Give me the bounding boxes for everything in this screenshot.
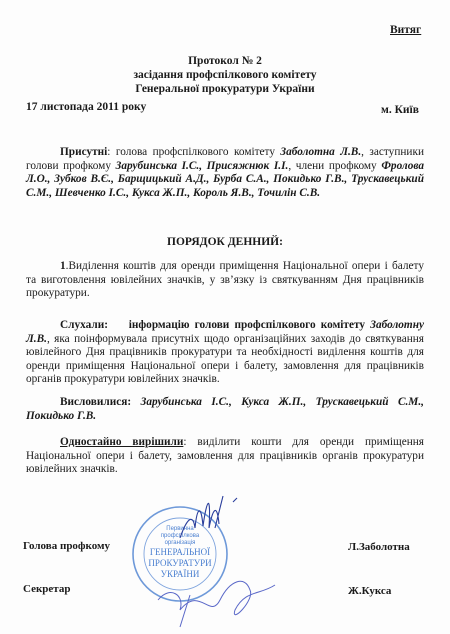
svg-text:ГЕНЕРАЛЬНОЇ: ГЕНЕРАЛЬНОЇ (150, 547, 210, 557)
extract-label: Витяг (390, 24, 421, 36)
attendees-label: Присутні (60, 146, 107, 158)
spoke-label: Висловилися (60, 396, 127, 408)
heard-paragraph: Слухали: інформацію голови профспілковог… (26, 319, 424, 387)
heard-label: Слухали (60, 319, 104, 331)
chair-signature-icon (175, 488, 245, 548)
attendees-paragraph: Присутні: голова профспілкового комітету… (26, 146, 424, 200)
meeting-city: м. Київ (381, 104, 419, 116)
chair-name: Заболотна Л.В. (280, 146, 361, 158)
agenda-item: 1.Виділення коштів для оренди приміщення… (26, 260, 424, 301)
decision-label: Одностайно вирішили (60, 436, 183, 448)
secretary-signature-icon (150, 565, 280, 630)
title-line-1: Протокол № 2 (0, 54, 450, 69)
decision-paragraph: Одностайно вирішили: виділити кошти для … (26, 436, 424, 477)
agenda-heading: ПОРЯДОК ДЕННИЙ: (0, 236, 450, 248)
deputies-names: Зарубинська І.С., Присяжнюк І.І. (116, 160, 289, 172)
chair-signature-name: Л.Заболотна (348, 541, 410, 553)
meeting-date: 17 листопада 2011 року (26, 101, 146, 113)
secretary-role: Секретар (23, 583, 70, 595)
title-line-3: Генеральної прокуратури України (0, 82, 450, 97)
spoke-paragraph: Висловилися: Зарубинська І.С., Кукса Ж.П… (26, 396, 424, 423)
title-line-2: засідання профспілкового комітету (0, 68, 450, 83)
secretary-signature-name: Ж.Кукса (348, 585, 391, 597)
chair-role: Голова профкому (23, 540, 110, 552)
